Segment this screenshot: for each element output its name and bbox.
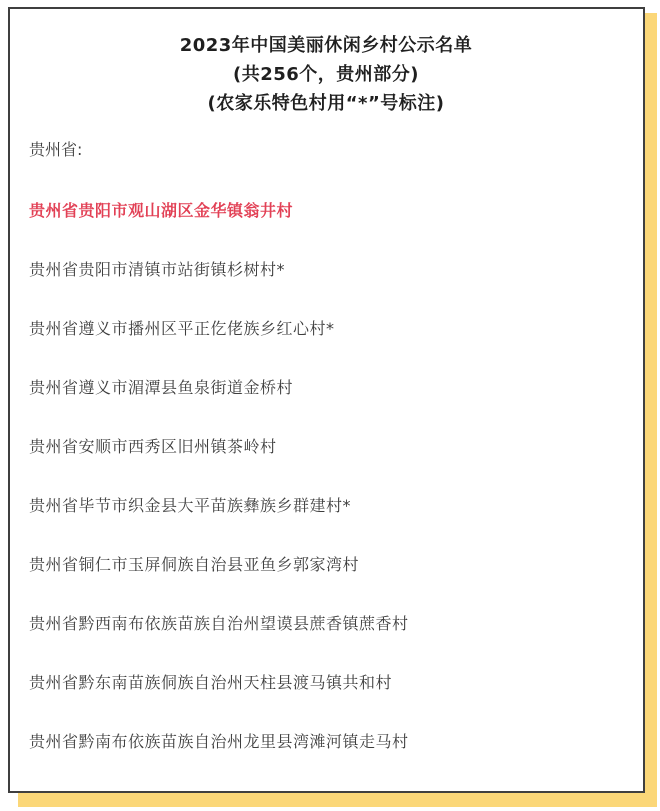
page-background: 2023年中国美丽休闲乡村公示名单 (共256个，贵州部分) (农家乐特色村用“… <box>0 0 660 811</box>
village-entry: 贵州省铜仁市玉屏侗族自治县亚鱼乡郭家湾村 <box>29 554 623 576</box>
village-entry: 贵州省毕节市织金县大平苗族彝族乡群建村* <box>29 495 623 517</box>
document-note: (农家乐特色村用“*”号标注) <box>29 93 623 115</box>
document-card: 2023年中国美丽休闲乡村公示名单 (共256个，贵州部分) (农家乐特色村用“… <box>8 7 645 793</box>
village-entry: 贵州省贵阳市观山湖区金华镇翁井村 <box>29 200 623 222</box>
village-entry: 贵州省黔东南苗族侗族自治州天柱县渡马镇共和村 <box>29 672 623 694</box>
document-subtitle: (共256个，贵州部分) <box>29 64 623 86</box>
village-entry: 贵州省安顺市西秀区旧州镇茶岭村 <box>29 436 623 458</box>
province-label: 贵州省: <box>29 139 623 161</box>
village-entry: 贵州省遵义市湄潭县鱼泉街道金桥村 <box>29 377 623 399</box>
village-list: 贵州省贵阳市观山湖区金华镇翁井村贵州省贵阳市清镇市站街镇杉树村*贵州省遵义市播州… <box>29 200 623 753</box>
village-entry: 贵州省黔南布依族苗族自治州龙里县湾滩河镇走马村 <box>29 731 623 753</box>
village-entry: 贵州省遵义市播州区平正仡佬族乡红心村* <box>29 318 623 340</box>
village-entry: 贵州省黔西南布依族苗族自治州望谟县蔗香镇蔗香村 <box>29 613 623 635</box>
village-entry: 贵州省贵阳市清镇市站街镇杉树村* <box>29 259 623 281</box>
document-header: 2023年中国美丽休闲乡村公示名单 (共256个，贵州部分) (农家乐特色村用“… <box>29 35 623 115</box>
document-title: 2023年中国美丽休闲乡村公示名单 <box>29 35 623 57</box>
